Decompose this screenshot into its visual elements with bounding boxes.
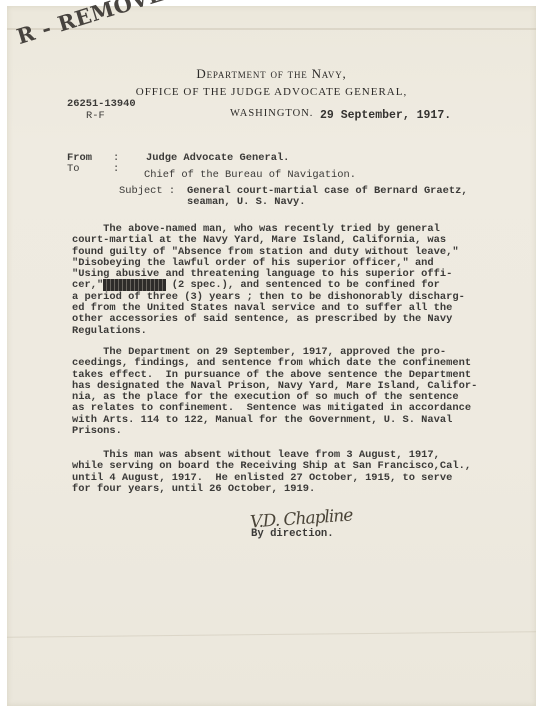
text-line: "Disobeying the lawful order of his supe…	[72, 257, 434, 269]
document-page: R - REMOVED Department of the Navy, OFFI…	[7, 6, 536, 706]
to-label: To	[67, 164, 79, 175]
removed-stamp: R - REMOVED	[14, 0, 185, 49]
file-number: 26251-13940	[67, 99, 136, 110]
letterhead-city: WASHINGTON.	[230, 108, 313, 119]
text-line: This man was absent without leave from 3…	[72, 449, 440, 461]
text-line: a period of three (3) years ; then to be…	[72, 291, 465, 303]
subject-line: seaman, U. S. Navy.	[187, 197, 305, 208]
file-code: R-F	[86, 111, 105, 122]
text-line: "Using abusive and threatening language …	[72, 268, 452, 280]
paragraph-approval: The Department on 29 September, 1917, ap…	[72, 347, 477, 437]
text-line: (2 spec.), and sentenced to be confined …	[166, 279, 440, 291]
document-date: 29 September, 1917.	[320, 110, 451, 121]
text-line: The above-named man, who was recently tr…	[72, 223, 440, 235]
text-line: cer,"	[72, 279, 103, 291]
text-line: found guilty of "Absence from station an…	[72, 246, 459, 258]
text-line: nia, as the place for the execution of s…	[72, 391, 459, 403]
text-line: as relates to confinement. Sentence was …	[72, 402, 471, 414]
text-line: takes effect. In pursuance of the above …	[72, 369, 471, 381]
text-line: has designated the Naval Prison, Navy Ya…	[72, 380, 477, 392]
subject-label: Subject :	[119, 186, 175, 197]
text-line: while serving on board the Receiving Shi…	[72, 460, 471, 472]
paragraph-sentence: The above-named man, who was recently tr…	[72, 224, 465, 337]
letterhead-department: Department of the Navy,	[7, 66, 536, 82]
text-line: Regulations.	[72, 325, 147, 337]
text-line: ceedings, findings, and sentence from wh…	[72, 357, 471, 369]
text-line: The Department on 29 September, 1917, ap…	[72, 346, 446, 358]
paper-fold	[7, 631, 536, 638]
text-line: Prisons.	[72, 425, 122, 437]
redacted-text: xxxxxxxxxx	[103, 279, 165, 291]
to-value: Chief of the Bureau of Navigation.	[144, 170, 356, 181]
closing-by-direction: By direction.	[251, 529, 334, 540]
text-line: for four years, until 26 October, 1919.	[72, 483, 315, 495]
text-line: until 4 August, 1917. He enlisted 27 Oct…	[72, 472, 452, 484]
to-colon: :	[113, 164, 119, 175]
letterhead-office: OFFICE OF THE JUDGE ADVOCATE GENERAL,	[7, 86, 536, 98]
paragraph-absence: This man was absent without leave from 3…	[72, 450, 471, 495]
text-line: ed from the United States naval service …	[72, 302, 452, 314]
text-line: court-martial at the Navy Yard, Mare Isl…	[72, 234, 446, 246]
text-line: with Arts. 114 to 122, Manual for the Go…	[72, 414, 452, 426]
from-value: Judge Advocate General.	[146, 153, 289, 164]
text-line: other accessories of said sentence, as p…	[72, 313, 452, 325]
